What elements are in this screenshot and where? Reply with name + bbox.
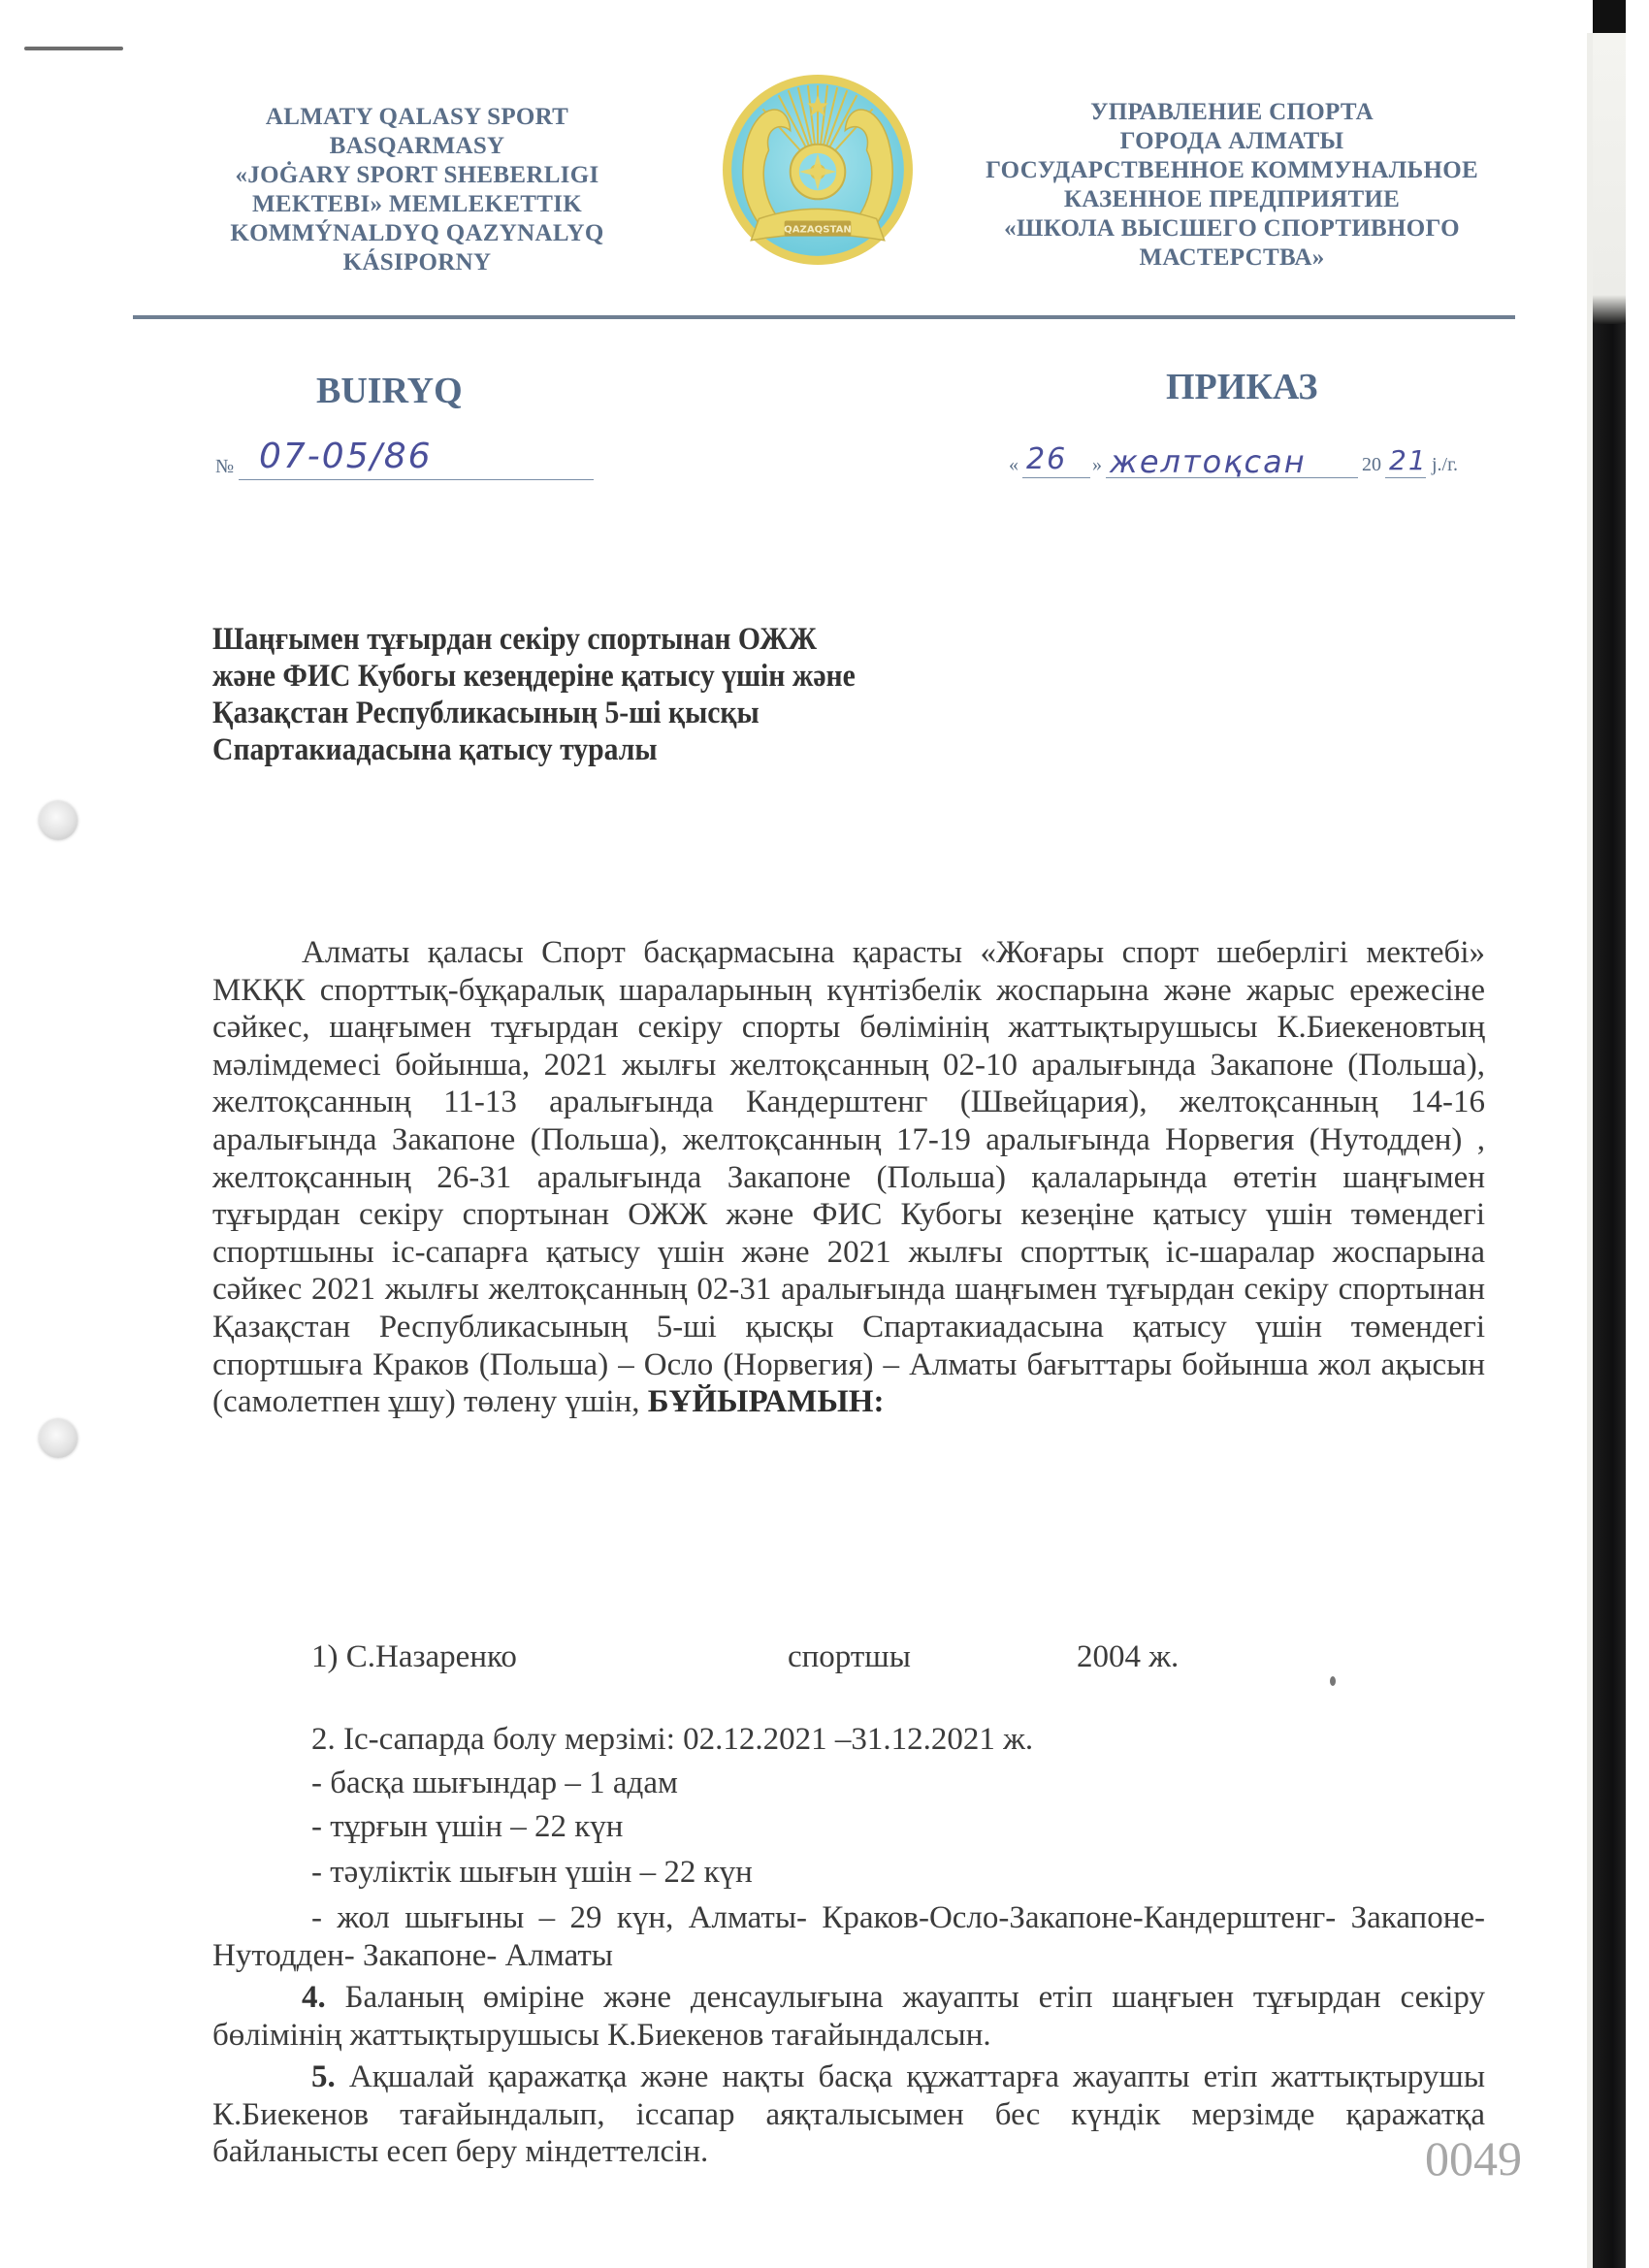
page-number: 0049 <box>1425 2130 1522 2187</box>
clause-text: Ақшалай қаражатқа және нақты басқа құжат… <box>212 2059 1485 2169</box>
date-quote-open: « <box>1009 454 1018 476</box>
svg-text:QAZAQSTAN: QAZAQSTAN <box>784 225 852 236</box>
year-underline <box>1385 477 1426 479</box>
org-name-ru-line: ГОСУДАРСТВЕННОЕ КОММУНАЛЬНОЕ <box>955 156 1508 185</box>
date-suffix: j./г. <box>1432 454 1458 476</box>
document-title: Шаңғымен тұғырдан секіру спортынан ОЖЖ ж… <box>212 621 856 768</box>
punch-hole <box>39 1419 78 1458</box>
scan-edge-top <box>1593 0 1626 33</box>
title-line: Қазақстан Республикасының 5-ші қысқы <box>212 695 856 731</box>
org-name-kz-line: ALMATY QALASY SPORT <box>199 103 635 132</box>
list-index: 1) <box>311 1639 339 1674</box>
org-name-ru-line: МАСТЕРСТВА» <box>955 243 1508 273</box>
title-line: Шаңғымен тұғырдан секіру спортынан ОЖЖ <box>212 621 856 658</box>
travel-route: - жол шығыны – 29 күн, Алматы- Краков-Ос… <box>212 1899 1485 1974</box>
doc-type-ru: ПРИКАЗ <box>1166 366 1317 408</box>
org-name-ru-line: КАЗЕННОЕ ПРЕДПРИЯТИЕ <box>955 185 1508 214</box>
order-number-value: 07-05/86 <box>259 437 433 476</box>
athlete-name: 1) С.Назаренко <box>311 1639 517 1675</box>
org-name-kz-line: «JOĠARY SPORT SHEBERLIGI <box>199 161 635 190</box>
org-name-kz-line: MEKTEBI» MEMLEKETTIK <box>199 190 635 219</box>
responsibility-clause: 4. Баланың өміріне және денсаулығына жау… <box>212 1979 1485 2054</box>
order-date-field: « 26 » желтоқсан 20 21 j./г. <box>1009 441 1465 490</box>
clause-number: 5. <box>311 2059 336 2094</box>
athlete-role: спортшы <box>788 1639 911 1675</box>
corner-mark <box>24 47 123 50</box>
trip-period: 2. Іс-сапарда болу мерзімі: 02.12.2021 –… <box>311 1722 1033 1758</box>
doc-type-kz: BUIRYQ <box>316 370 463 412</box>
day-underline <box>1022 477 1090 479</box>
org-name-kz-line: KOMMÝNALDYQ QAZYNALYQ <box>199 219 635 248</box>
order-word: БҰЙЫРАМЫН: <box>648 1384 885 1419</box>
title-line: және ФИС Кубогы кезеңдеріне қатысу үшін … <box>212 658 856 695</box>
expense-line: - тұрғын үшін – 22 күн <box>311 1809 623 1845</box>
preamble-paragraph: Алматы қаласы Спорт басқармасына қарасты… <box>212 934 1485 1421</box>
date-year-suffix: 21 <box>1389 444 1428 476</box>
scan-edge-dark <box>1593 0 1626 2268</box>
kazakhstan-emblem-icon: QAZAQSTAN <box>720 72 916 268</box>
org-name-kz-line: KÁSIPORNY <box>199 248 635 277</box>
athlete-birth-year: 2004 ж. <box>1077 1639 1179 1675</box>
date-month: желтоқсан <box>1110 443 1307 480</box>
org-name-ru: УПРАВЛЕНИЕ СПОРТА ГОРОДА АЛМАТЫ ГОСУДАРС… <box>955 98 1508 273</box>
date-quote-close: » <box>1092 454 1102 476</box>
title-line: Спартакиадасына қатысу туралы <box>212 731 856 768</box>
scan-speck <box>1330 1676 1336 1686</box>
clause-number: 4. <box>302 1980 326 2015</box>
athlete-name-text: С.Назаренко <box>346 1639 517 1674</box>
org-name-ru-line: УПРАВЛЕНИЕ СПОРТА <box>955 98 1508 127</box>
punch-hole <box>39 801 78 840</box>
org-name-ru-line: «ШКОЛА ВЫСШЕГО СПОРТИВНОГО <box>955 214 1508 243</box>
date-year-prefix: 20 <box>1362 454 1381 476</box>
expense-line: - басқа шығындар – 1 адам <box>311 1766 678 1801</box>
number-underline <box>239 479 594 481</box>
clause-text: Баланың өміріне және денсаулығына жауапт… <box>212 1980 1485 2053</box>
number-sign: № <box>215 456 234 478</box>
org-name-kz-line: BASQARMASY <box>199 132 635 161</box>
date-day: 26 <box>1026 442 1067 476</box>
preamble-text: Алматы қаласы Спорт басқармасына қарасты… <box>212 935 1485 1419</box>
header-divider <box>133 315 1515 319</box>
scan-edge-gap <box>1593 33 1626 324</box>
org-name-kz: ALMATY QALASY SPORT BASQARMASY «JOĠARY S… <box>199 103 635 277</box>
finance-clause: 5. Ақшалай қаражатқа және нақты басқа құ… <box>212 2058 1485 2171</box>
order-number-field: № 07-05/86 <box>215 441 594 484</box>
org-name-ru-line: ГОРОДА АЛМАТЫ <box>955 127 1508 156</box>
expense-line: - тәуліктік шығын үшін – 22 күн <box>311 1855 753 1891</box>
